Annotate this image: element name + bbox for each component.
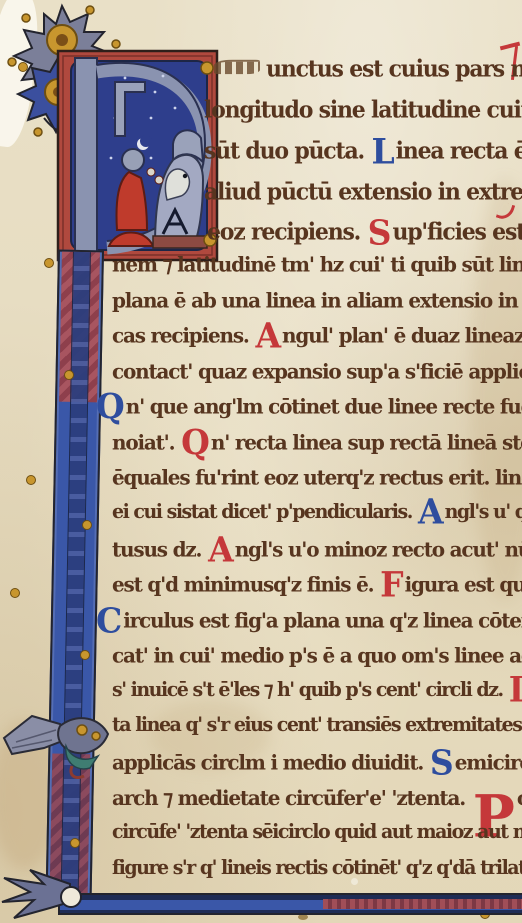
line-text: applicās circlm i medio diuidit. bbox=[112, 750, 429, 775]
eye-dot bbox=[183, 174, 187, 178]
dragon-eye bbox=[77, 725, 87, 735]
line-text: nem ⁊ latitudinē tm' hz cui' ti quib sūt… bbox=[112, 252, 522, 277]
text-line: ta linea q' s'r eius cent' transiēs extr… bbox=[112, 714, 522, 737]
line-text: circūfe' 'ztenta sēicirclo quid aut maio… bbox=[112, 821, 522, 844]
text-line: longitudo sine latitudine cuius bbox=[204, 96, 522, 123]
text-line: cas recipiens. Angul' plan' ē duaz linea… bbox=[112, 323, 522, 348]
line-text: cas recipiens. bbox=[112, 323, 254, 348]
line-text: sūt duo pūcta. bbox=[204, 137, 370, 164]
text-line: Circulus est fig'a plana una q'z linea c… bbox=[104, 608, 522, 633]
gold-speck bbox=[44, 258, 54, 268]
line-text: aliud pūctū extensio in extremit bbox=[204, 178, 522, 205]
line-text: irculus est fig'a plana una q'z linea cō… bbox=[123, 608, 522, 633]
text-line: cat' in cui' medio p's ē a quo om's line… bbox=[112, 643, 522, 668]
text-line: noiat'. Qn' recta linea sup rectā lineā … bbox=[112, 430, 522, 455]
teacher-hand bbox=[155, 176, 163, 184]
text-line: arch ⁊ medietate circūfer'e' 'ztenta. Po… bbox=[112, 785, 522, 816]
line-text: ngul' plan' ē duaz lineaz lin bbox=[282, 323, 522, 348]
bar-gold-stud bbox=[82, 520, 92, 530]
pen-flourish bbox=[214, 60, 260, 75]
line-text: ngl's u' qm rec bbox=[445, 501, 522, 524]
text-line: nem ⁊ latitudinē tm' hz cui' ti quib sūt… bbox=[112, 252, 522, 277]
illuminated-initial-P bbox=[55, 48, 220, 263]
text-line: circūfe' 'ztenta sēicirclo quid aut maio… bbox=[112, 821, 522, 844]
text-line: plana ē ab una linea in aliam extensio i… bbox=[112, 288, 522, 313]
line-text: longitudo sine latitudine cuius bbox=[204, 96, 522, 123]
line-text: n' recta linea sup rectā lineā stetit du bbox=[211, 430, 522, 455]
line-text: up'ficies est que bbox=[392, 218, 522, 245]
text-line: ēquales fu'rint eoz uterq'z rectus erit.… bbox=[112, 465, 522, 490]
teacher-hand bbox=[147, 168, 155, 176]
line-text: ta linea q' s'r eius cent' transiēs extr… bbox=[112, 714, 522, 737]
pearl-boss bbox=[60, 886, 82, 908]
text-line: est q'd minimusq'z finis ē. Figura est q… bbox=[112, 572, 522, 597]
rubricated-initial-L: L bbox=[370, 131, 395, 172]
bar-gold-stud bbox=[64, 370, 74, 380]
rubricated-initial-Q: Q bbox=[95, 386, 126, 427]
manuscript-page: unctus est cuius pars non ē longitudo si… bbox=[0, 0, 522, 923]
bar-gold-stud bbox=[70, 838, 80, 848]
line-text: emicircl' ē fig' pla bbox=[455, 750, 522, 775]
bench bbox=[153, 236, 207, 248]
line-text: est q'd minimusq'z finis ē. bbox=[112, 572, 379, 597]
teacher-head bbox=[122, 149, 144, 171]
rubricated-initial-F: F bbox=[379, 564, 404, 605]
line-text: ēquales fu'rint eoz uterq'z rectus erit.… bbox=[112, 465, 522, 490]
gold-speck bbox=[10, 588, 20, 598]
line-text: tusus dz. bbox=[112, 537, 207, 562]
border-bar-horizontal bbox=[58, 893, 522, 915]
rubricated-initial-A: A bbox=[207, 529, 235, 570]
line-text: figure s'r q' lineis rectis cōtinēt' q'z… bbox=[112, 857, 522, 880]
text-line: tusus dz. Angl's u'o minoz recto acut' n… bbox=[112, 537, 522, 562]
rubricated-initial-C: C bbox=[95, 600, 123, 641]
rubricated-initial-A: A bbox=[417, 491, 445, 532]
line-text: s' inuicē s't ē'les ⁊ h' quib p's cent' … bbox=[112, 679, 508, 702]
gold-speck bbox=[26, 475, 36, 485]
line-text: arch ⁊ medietate circūfer'e' 'ztenta. bbox=[112, 785, 471, 810]
line-text: unctus est cuius pars non ē bbox=[266, 55, 522, 82]
line-text: orcio circli ē s' bbox=[517, 785, 522, 810]
letter-stem bbox=[75, 58, 97, 254]
crescent-moon-mask bbox=[140, 135, 152, 147]
rubricated-initial-Q: Q bbox=[180, 422, 211, 463]
dragon-ornament bbox=[2, 686, 122, 786]
bar-gold-stud bbox=[80, 650, 90, 660]
text-line: contact' quaz expansio sup'a s'ficiē app… bbox=[112, 359, 522, 384]
text-line: eoz recipiens. Sup'ficies est que bbox=[207, 218, 522, 245]
rubricated-initial-S: S bbox=[367, 212, 393, 253]
bar-segment-red-right bbox=[323, 899, 522, 909]
text-line: sūt duo pūcta. Linea recta ē ab bbox=[204, 137, 522, 164]
text-line: s' inuicē s't ē'les ⁊ h' quib p's cent' … bbox=[112, 679, 522, 702]
gold-boss-center bbox=[56, 34, 68, 46]
rubricated-initial-D: D bbox=[508, 669, 522, 710]
line-text: igura est que t'io ue bbox=[405, 572, 522, 597]
text-line: aliud pūctū extensio in extremit bbox=[204, 178, 522, 205]
line-text: ngl's u'o minoz recto acut' nūcupāt' bbox=[235, 537, 522, 562]
line-text: contact' quaz expansio sup'a s'ficiē app… bbox=[112, 359, 522, 384]
line-text: inea recta ē ab bbox=[396, 137, 522, 164]
dragon-eye bbox=[92, 732, 100, 740]
line-text: noiat'. bbox=[112, 430, 180, 455]
text-line: figure s'r q' lineis rectis cōtinēt' q'z… bbox=[112, 857, 522, 880]
line-text: ei cui sistat dicet' p'pendicularis. bbox=[112, 501, 417, 524]
text-line: Qn' que ang'lm cōtinet due linee recte f… bbox=[104, 394, 522, 419]
line-text: eoz recipiens. bbox=[207, 218, 367, 245]
line-text: cat' in cui' medio p's ē a quo om's line… bbox=[112, 643, 522, 668]
line-text: n' que ang'lm cōtinet due linee recte fu… bbox=[126, 394, 522, 419]
text-line: ei cui sistat dicet' p'pendicularis. Ang… bbox=[112, 501, 522, 524]
rubricated-initial-S: S bbox=[429, 742, 455, 783]
rubricated-initial-A: A bbox=[254, 315, 282, 356]
text-line: unctus est cuius pars non ē bbox=[214, 55, 522, 82]
border-bar-vertical bbox=[45, 250, 104, 903]
line-text: plana ē ab una linea in aliam extensio i… bbox=[112, 288, 522, 313]
text-line: applicās circlm i medio diuidit. Semicir… bbox=[112, 750, 522, 775]
